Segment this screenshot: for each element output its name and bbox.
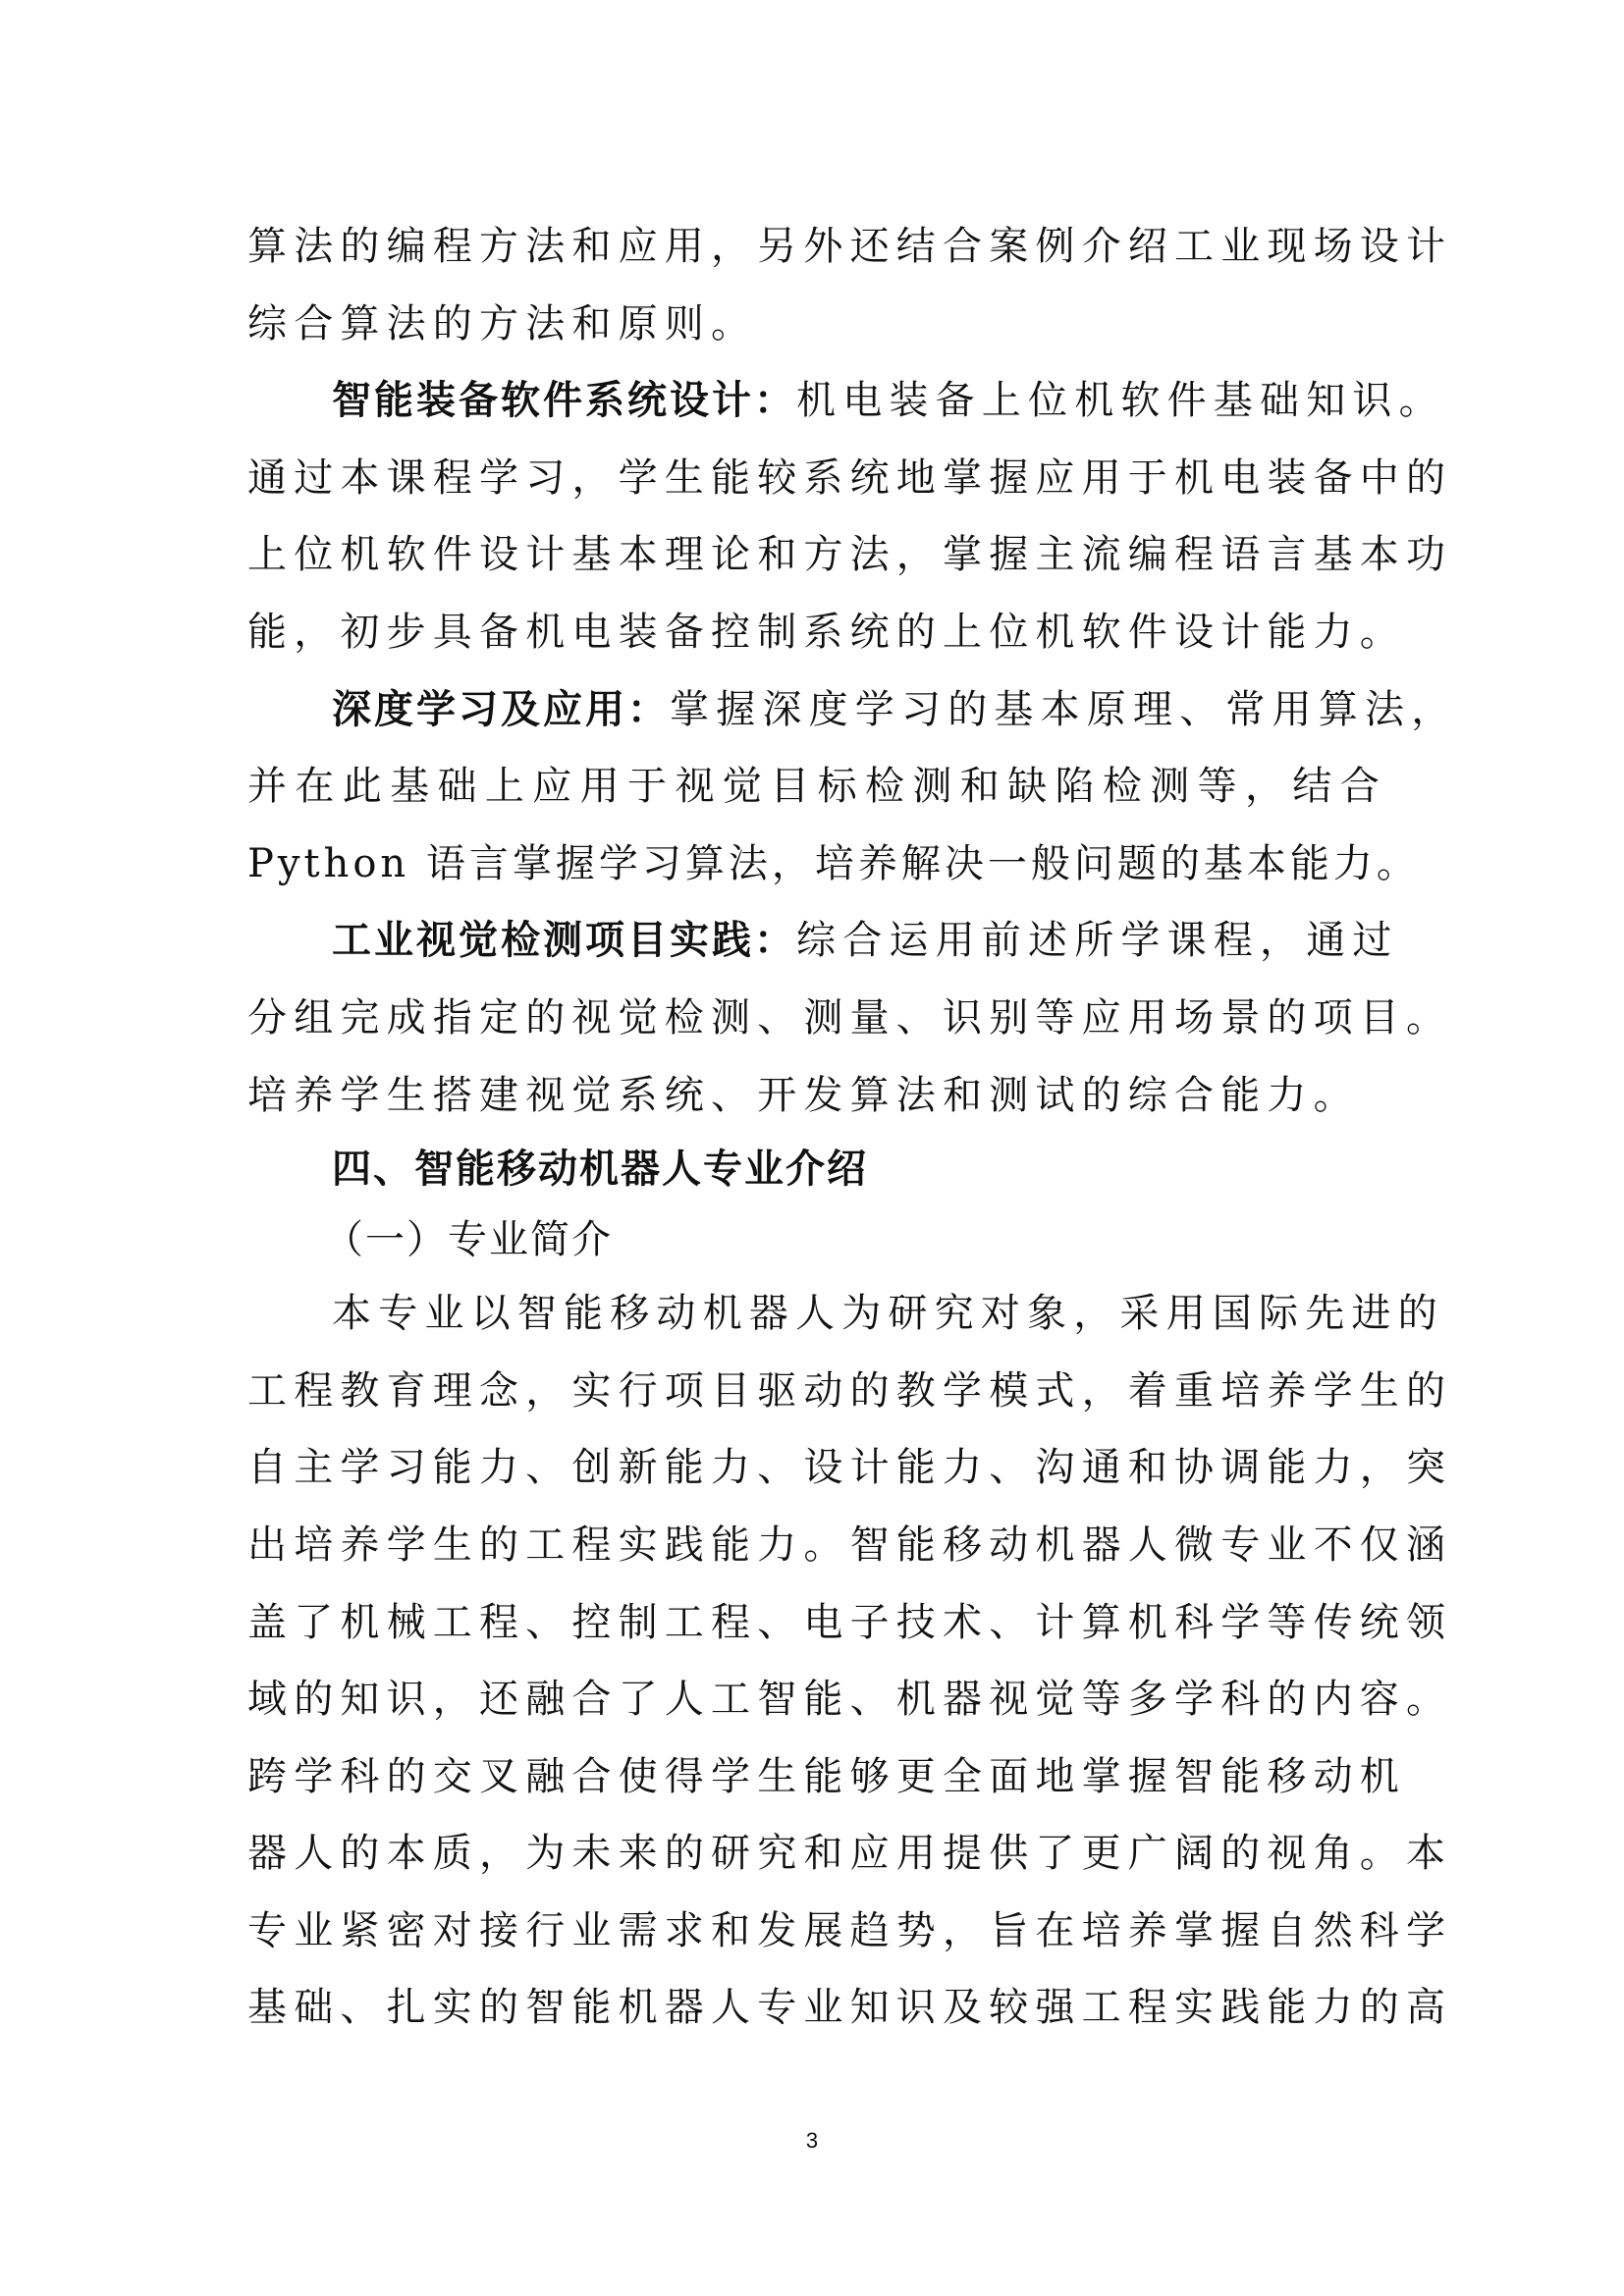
text-line: 本专业以智能移动机器人为研究对象，采用国际先进的 bbox=[247, 1275, 1386, 1353]
text-line: 深度学习及应用：掌握深度学习的基本原理、常用算法， bbox=[247, 671, 1386, 749]
paragraph-course-vision-project: 工业视觉检测项目实践：综合运用前述所学课程，通过 分组完成指定的视觉检测、测量、… bbox=[247, 902, 1386, 1134]
course-description: 掌握深度学习的基本原理、常用算法， bbox=[670, 687, 1457, 732]
text-line: 工程教育理念，实行项目驱动的教学模式，着重培养学生的 bbox=[247, 1353, 1386, 1430]
text-line: 并在此基础上应用于视觉目标检测和缺陷检测等，结合 bbox=[247, 748, 1386, 826]
page-body: 算法的编程方法和应用，另外还结合案例介绍工业现场设计 综合算法的方法和原则。 智… bbox=[247, 208, 1386, 2047]
text-line: 分组完成指定的视觉检测、测量、识别等应用场景的项目。 bbox=[247, 980, 1386, 1057]
text-line: 器人的本质，为未来的研究和应用提供了更广阔的视角。本 bbox=[247, 1815, 1386, 1893]
text-line: 基础、扎实的智能机器人专业知识及较强工程实践能力的高 bbox=[247, 1969, 1386, 2047]
paragraph-course-deep-learning: 深度学习及应用：掌握深度学习的基本原理、常用算法， 并在此基础上应用于视觉目标检… bbox=[247, 671, 1386, 903]
paragraph-course-software-design: 智能装备软件系统设计：机电装备上位机软件基础知识。 通过本课程学习，学生能较系统… bbox=[247, 362, 1386, 670]
text-line: 综合算法的方法和原则。 bbox=[247, 286, 1386, 363]
document-page: 算法的编程方法和应用，另外还结合案例介绍工业现场设计 综合算法的方法和原则。 智… bbox=[0, 0, 1624, 2296]
course-description: 综合运用前述所学课程，通过 bbox=[796, 918, 1399, 963]
text-line: 自主学习能力、创新能力、设计能力、沟通和协调能力，突 bbox=[247, 1429, 1386, 1507]
text-line: 算法的编程方法和应用，另外还结合案例介绍工业现场设计 bbox=[247, 208, 1386, 286]
course-title: 深度学习及应用： bbox=[332, 687, 670, 732]
text-line: 上位机软件设计基本理论和方法，掌握主流编程语言基本功 bbox=[247, 516, 1386, 594]
course-description: 机电装备上位机软件基础知识。 bbox=[796, 378, 1445, 423]
course-title: 工业视觉检测项目实践： bbox=[332, 918, 796, 963]
text-line: 跨学科的交叉融合使得学生能够更全面地掌握智能移动机 bbox=[247, 1738, 1386, 1816]
text-line: 通过本课程学习，学生能较系统地掌握应用于机电装备中的 bbox=[247, 440, 1386, 517]
paragraph-major-intro: 本专业以智能移动机器人为研究对象，采用国际先进的 工程教育理念，实行项目驱动的教… bbox=[247, 1275, 1386, 2047]
text-line: 域的知识，还融合了人工智能、机器视觉等多学科的内容。 bbox=[247, 1661, 1386, 1738]
paragraph-algorithm-continuation: 算法的编程方法和应用，另外还结合案例介绍工业现场设计 综合算法的方法和原则。 bbox=[247, 208, 1386, 362]
course-title: 智能装备软件系统设计： bbox=[332, 378, 796, 423]
text-line: 专业紧密对接行业需求和发展趋势，旨在培养掌握自然科学 bbox=[247, 1893, 1386, 1970]
text-line: 出培养学生的工程实践能力。智能移动机器人微专业不仅涵 bbox=[247, 1507, 1386, 1584]
text-line: 工业视觉检测项目实践：综合运用前述所学课程，通过 bbox=[247, 902, 1386, 980]
text-line: Python 语言掌握学习算法，培养解决一般问题的基本能力。 bbox=[247, 826, 1386, 903]
subsection-heading: （一）专业简介 bbox=[247, 1204, 1386, 1275]
page-number: 3 bbox=[0, 2128, 1624, 2154]
text-line: 盖了机械工程、控制工程、电子技术、计算机科学等传统领 bbox=[247, 1584, 1386, 1662]
section-heading: 四、智能移动机器人专业介绍 bbox=[247, 1134, 1386, 1204]
text-line: 培养学生搭建视觉系统、开发算法和测试的综合能力。 bbox=[247, 1057, 1386, 1135]
text-line: 能，初步具备机电装备控制系统的上位机软件设计能力。 bbox=[247, 594, 1386, 671]
text-line: 智能装备软件系统设计：机电装备上位机软件基础知识。 bbox=[247, 362, 1386, 440]
